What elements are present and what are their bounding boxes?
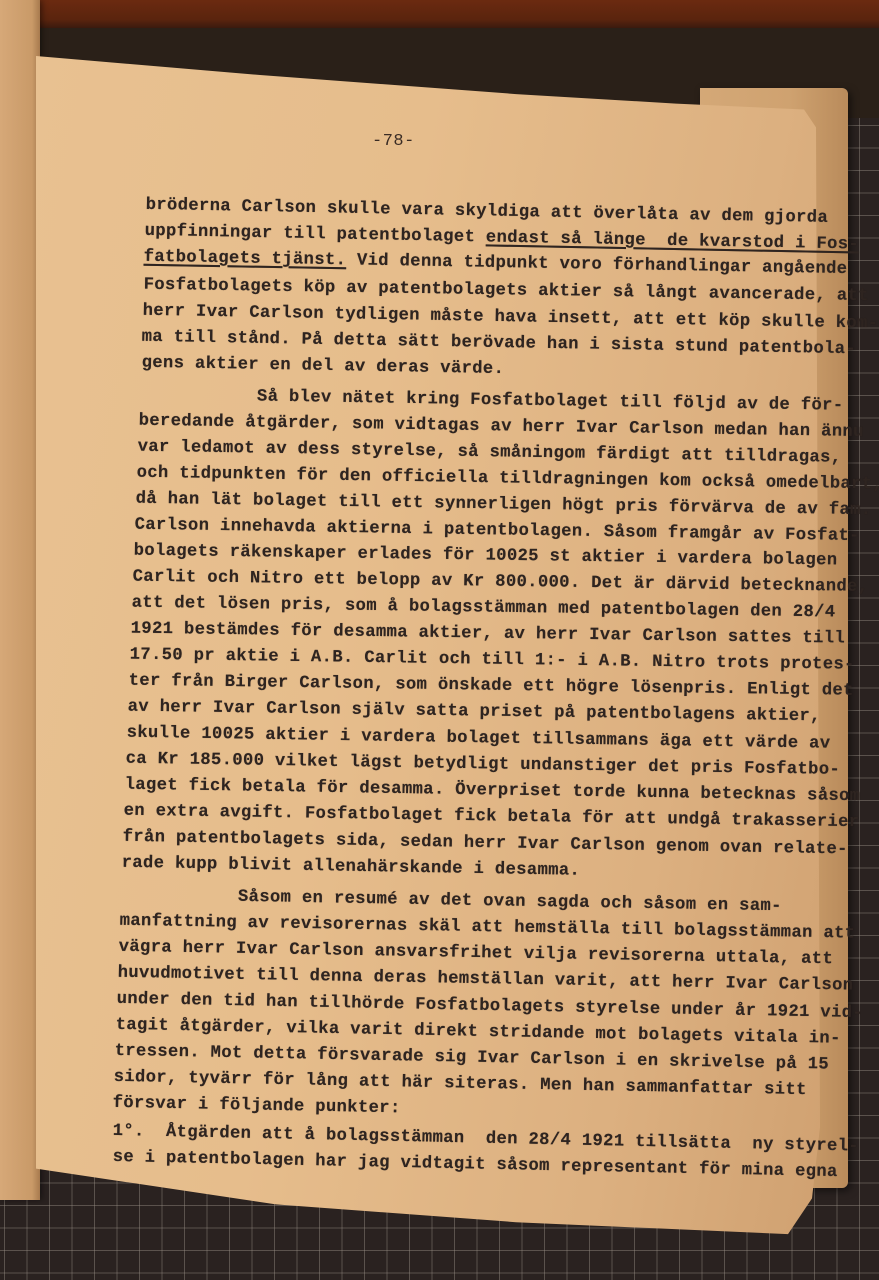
document-text: -78- bröderna Carlson skulle vara skyldi… [0, 0, 879, 1280]
page-number: -78- [372, 132, 415, 151]
